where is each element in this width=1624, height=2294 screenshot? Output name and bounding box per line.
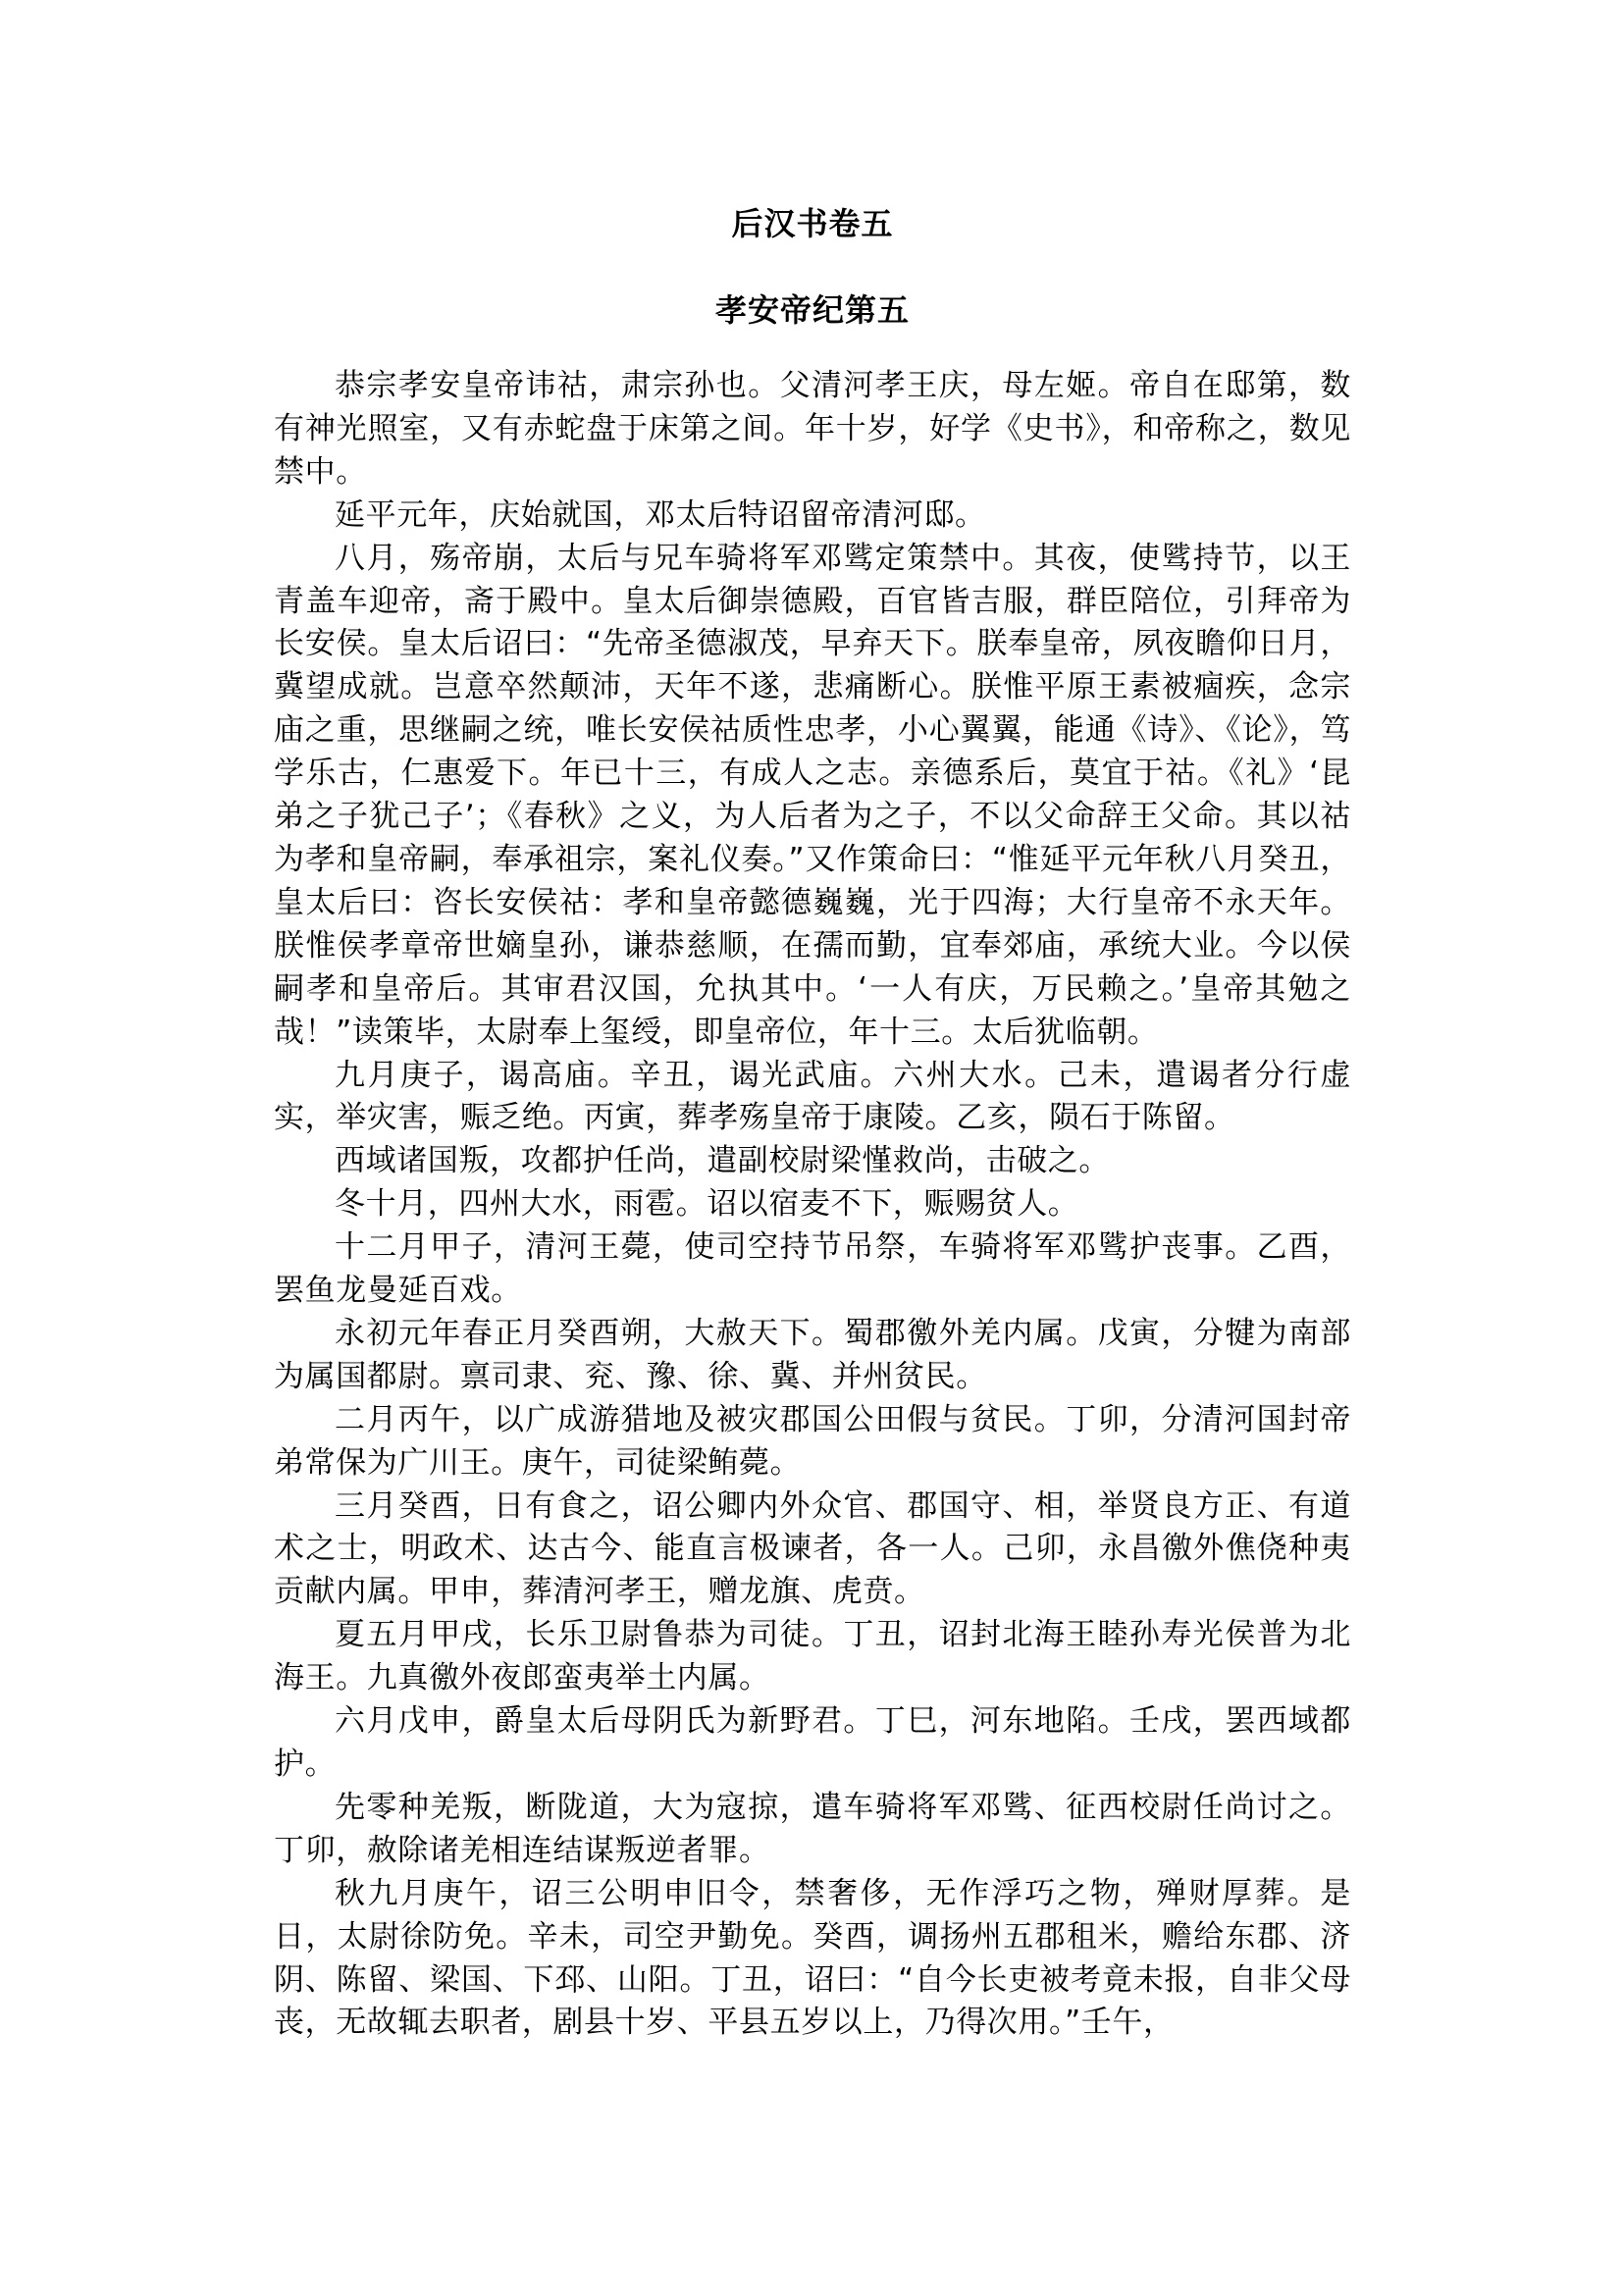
paragraph: 夏五月甲戌，长乐卫尉鲁恭为司徒。丁丑，诏封北海王睦孙寿光侯普为北海王。九真徼外夜… <box>274 1614 1351 1700</box>
paragraph: 冬十月，四州大水，雨雹。诏以宿麦不下，赈赐贫人。 <box>274 1183 1351 1226</box>
paragraph: 秋九月庚午，诏三公明申旧令，禁奢侈，无作浮巧之物，殚财厚葬。是日，太尉徐防免。辛… <box>274 1873 1351 2046</box>
paragraph: 西域诸国叛，攻都护任尚，遣副校尉梁慬救尚，击破之。 <box>274 1140 1351 1183</box>
paragraph: 延平元年，庆始就国，邓太后特诏留帝清河邸。 <box>274 495 1351 538</box>
chapter-title: 孝安帝纪第五 <box>274 290 1351 330</box>
paragraph: 八月，殇帝崩，太后与兄车骑将军邓骘定策禁中。其夜，使骘持节，以王青盖车迎帝，斋于… <box>274 538 1351 1055</box>
paragraph: 十二月甲子，清河王薨，使司空持节吊祭，车骑将军邓骘护丧事。乙酉，罢鱼龙曼延百戏。 <box>274 1226 1351 1313</box>
paragraph: 三月癸酉，日有食之，诏公卿内外众官、郡国守、相，举贤良方正、有道术之士，明政术、… <box>274 1486 1351 1615</box>
book-title: 后汉书卷五 <box>274 204 1351 243</box>
paragraph: 六月戊申，爵皇太后母阴氏为新野君。丁巳，河东地陷。壬戌，罢西域都护。 <box>274 1700 1351 1787</box>
document-body: 恭宗孝安皇帝讳祜，肃宗孙也。父清河孝王庆，母左姬。帝自在邸第，数有神光照室，又有… <box>274 365 1351 2045</box>
paragraph: 二月丙午，以广成游猎地及被灾郡国公田假与贫民。丁卯，分清河国封帝弟常保为广川王。… <box>274 1399 1351 1486</box>
paragraph: 永初元年春正月癸酉朔，大赦天下。蜀郡徼外羌内属。戊寅，分犍为南部为属国都尉。禀司… <box>274 1313 1351 1399</box>
paragraph: 先零种羌叛，断陇道，大为寇掠，遣车骑将军邓骘、征西校尉任尚讨之。丁卯，赦除诸羌相… <box>274 1787 1351 1873</box>
paragraph: 恭宗孝安皇帝讳祜，肃宗孙也。父清河孝王庆，母左姬。帝自在邸第，数有神光照室，又有… <box>274 365 1351 495</box>
paragraph: 九月庚子，谒高庙。辛丑，谒光武庙。六州大水。己未，遣谒者分行虚实，举灾害，赈乏绝… <box>274 1055 1351 1141</box>
